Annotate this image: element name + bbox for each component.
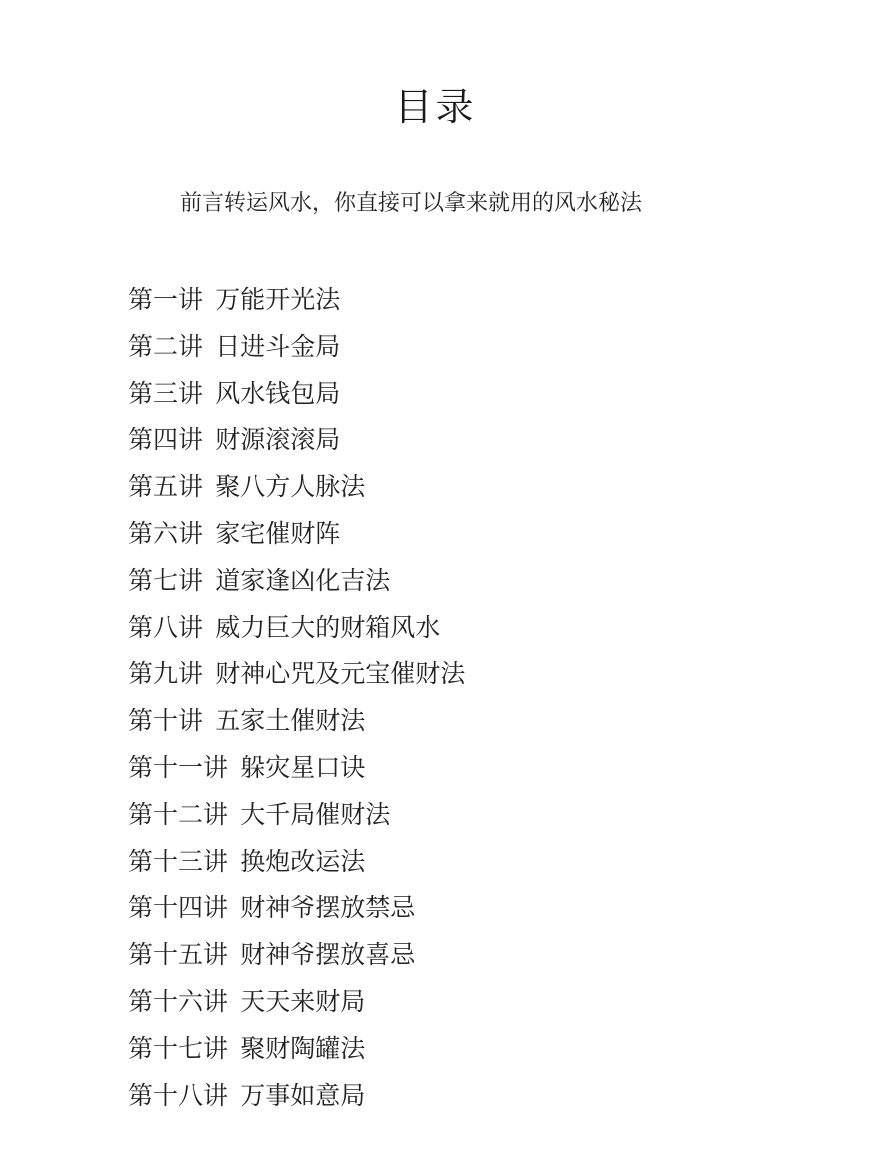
- toc-item: 第四讲 财源滚滚局: [128, 418, 871, 465]
- page-title: 目录: [0, 0, 871, 130]
- toc-item: 第八讲 威力巨大的财箱风水: [128, 606, 871, 653]
- toc-item: 第五讲 聚八方人脉法: [128, 465, 871, 512]
- preface-line: 前言转运风水，你直接可以拿来就用的风水秘法: [0, 188, 871, 218]
- toc-item: 第七讲 道家逢凶化吉法: [128, 559, 871, 606]
- toc-item: 第十四讲 财神爷摆放禁忌: [128, 886, 871, 933]
- toc-list: 第一讲 万能开光法 第二讲 日进斗金局 第三讲 风水钱包局 第四讲 财源滚滚局 …: [0, 278, 871, 1120]
- toc-item: 第十讲 五家土催财法: [128, 699, 871, 746]
- toc-item: 第十二讲 大千局催财法: [128, 793, 871, 840]
- toc-item: 第十五讲 财神爷摆放喜忌: [128, 933, 871, 980]
- toc-item: 第三讲 风水钱包局: [128, 372, 871, 419]
- toc-item: 第九讲 财神心咒及元宝催财法: [128, 652, 871, 699]
- toc-item: 第十三讲 换炮改运法: [128, 840, 871, 887]
- toc-item: 第一讲 万能开光法: [128, 278, 871, 325]
- toc-item: 第十七讲 聚财陶罐法: [128, 1027, 871, 1074]
- toc-item: 第二讲 日进斗金局: [128, 325, 871, 372]
- toc-item: 第十一讲 躲灾星口诀: [128, 746, 871, 793]
- document-page: 目录 前言转运风水，你直接可以拿来就用的风水秘法 第一讲 万能开光法 第二讲 日…: [0, 0, 871, 1168]
- toc-item: 第十八讲 万事如意局: [128, 1074, 871, 1121]
- toc-item: 第十六讲 天天来财局: [128, 980, 871, 1027]
- toc-item: 第六讲 家宅催财阵: [128, 512, 871, 559]
